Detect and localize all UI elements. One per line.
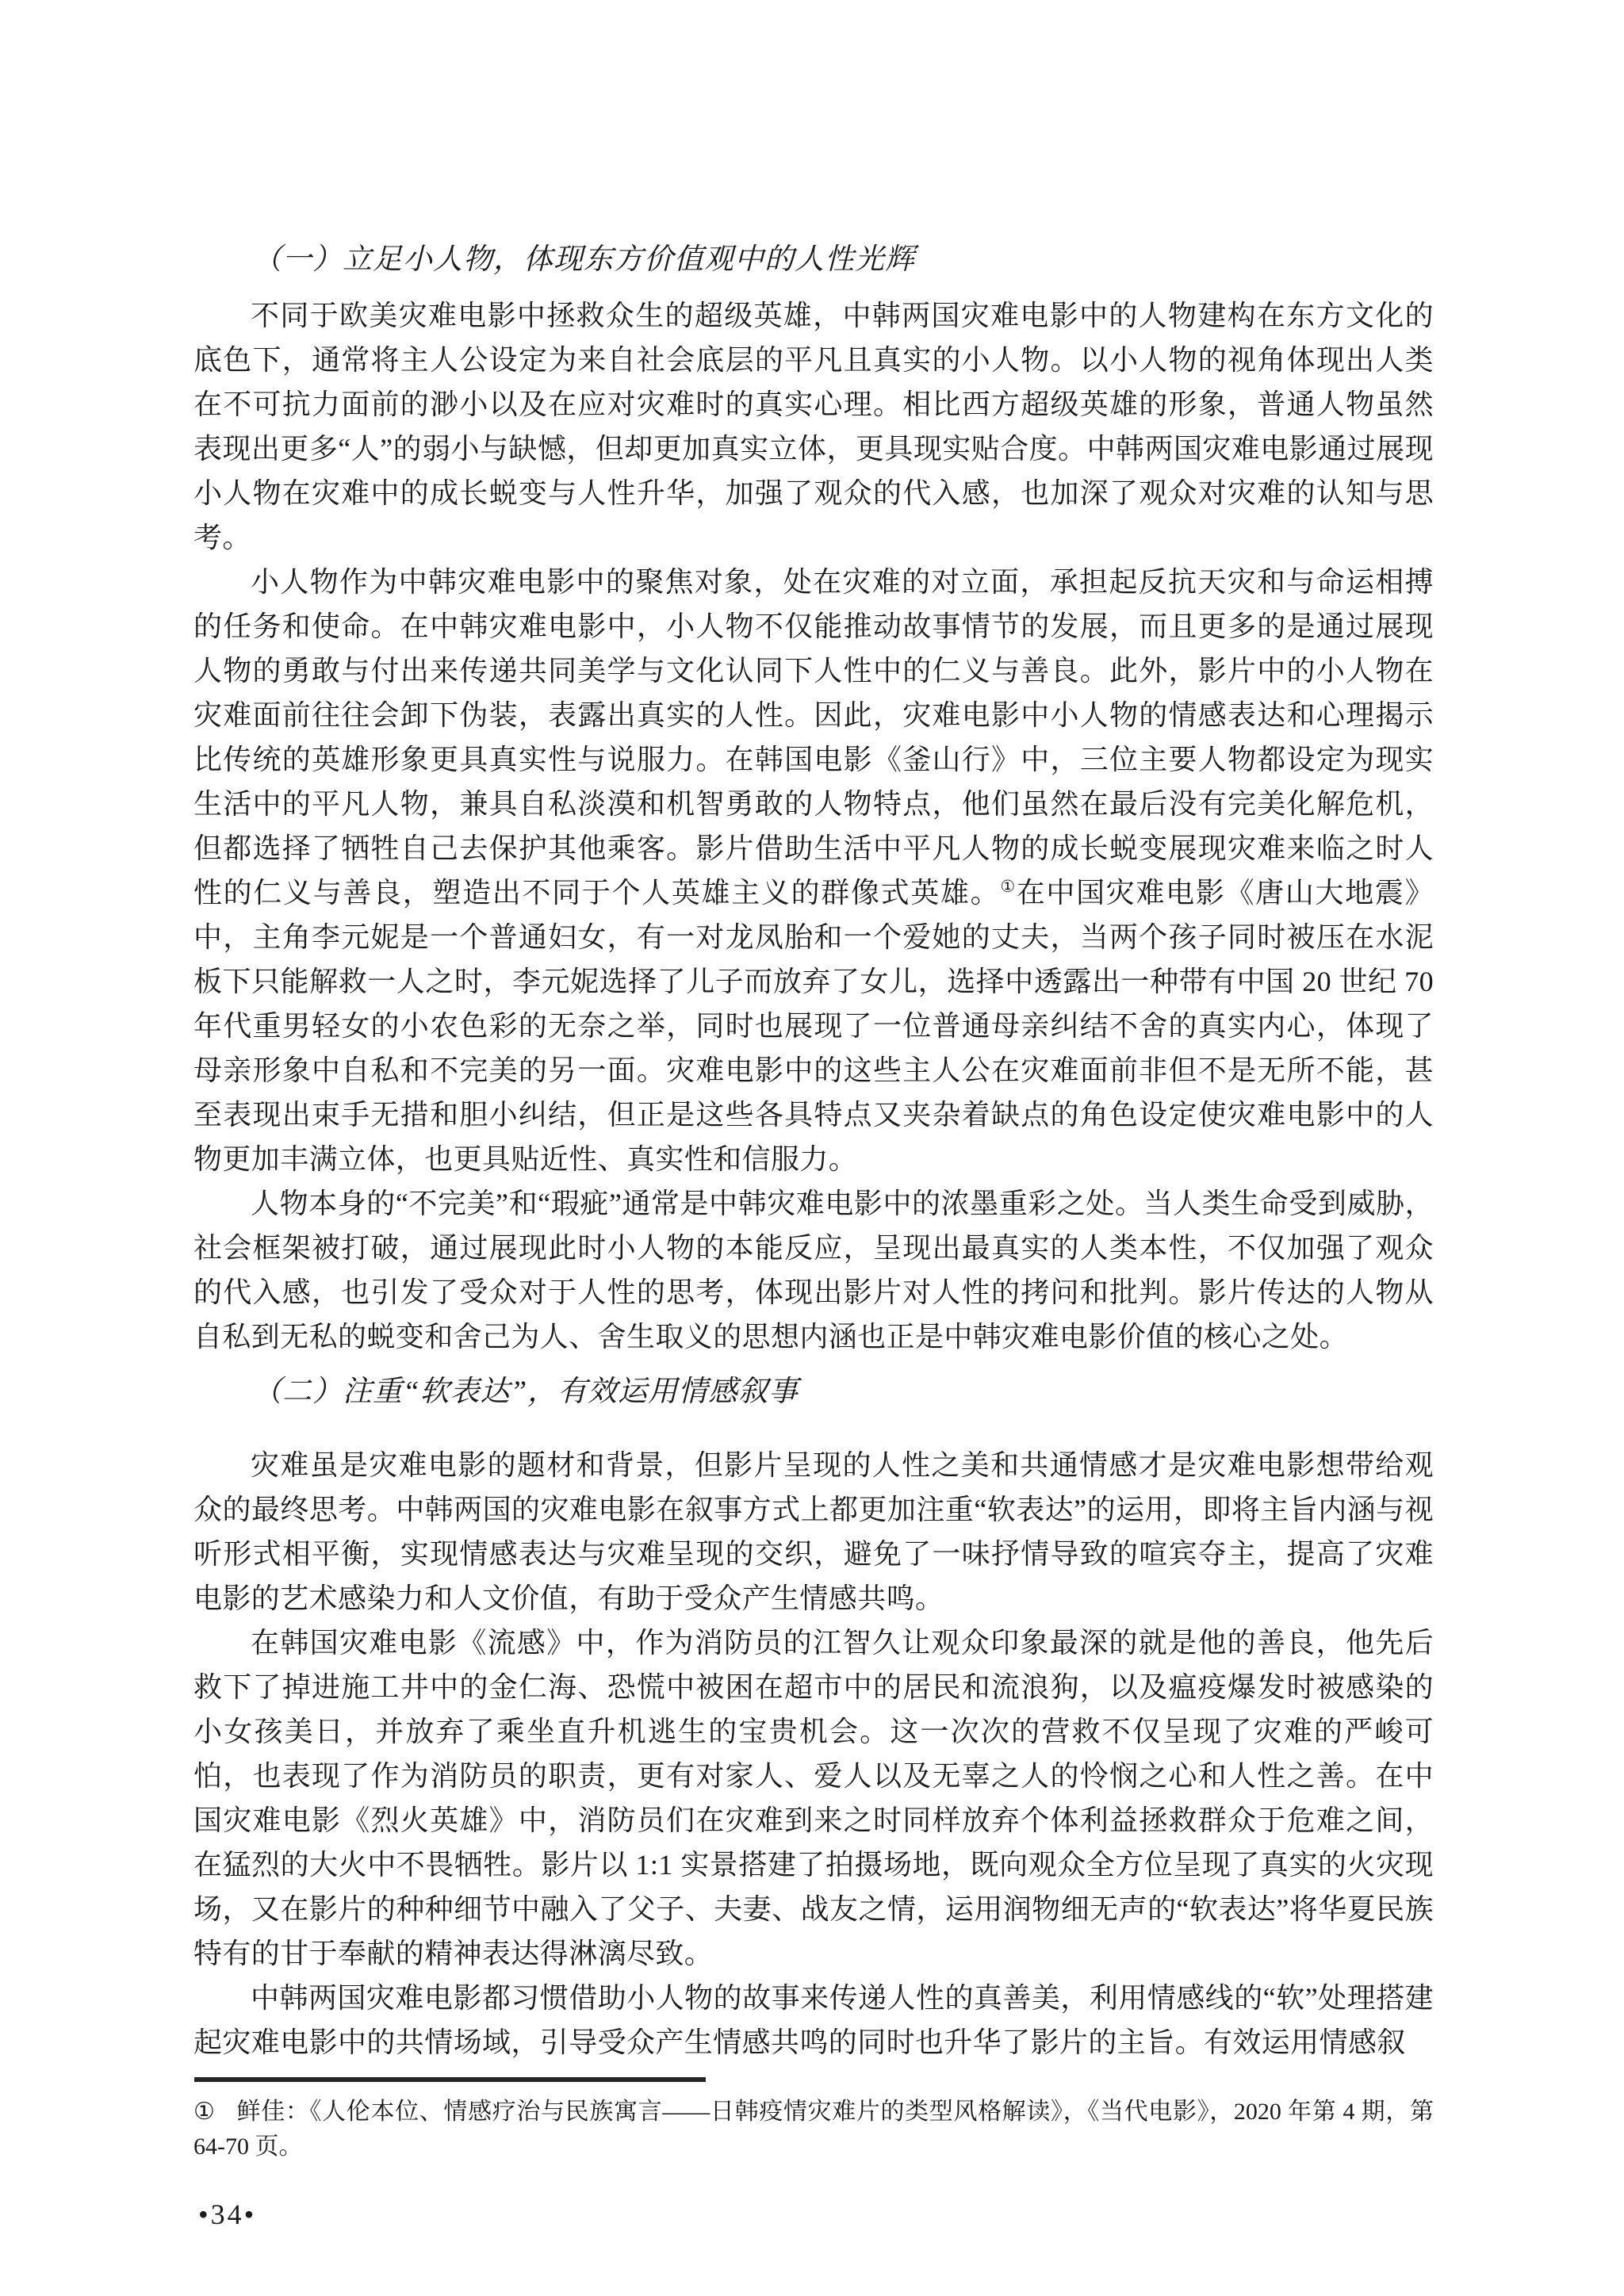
paragraph-6: 中韩两国灾难电影都习惯借助小人物的故事来传递人性的真善美，利用情感线的“软”处理… bbox=[193, 1976, 1434, 2064]
page-number: •34• bbox=[198, 2198, 256, 2231]
footnote-separator-rule bbox=[194, 2077, 706, 2082]
paragraph-3: 人物本身的“不完美”和“瑕疵”通常是中韩灾难电影中的浓墨重彩之处。当人类生命受到… bbox=[193, 1181, 1434, 1359]
footnote-block: ①鲜佳：《人伦本位、情感疗治与民族寓言——日韩疫情灾难片的类型风格解读》，《当代… bbox=[193, 2077, 1434, 2164]
footnote-ref-marker: ① bbox=[1000, 877, 1016, 896]
footnote-marker: ① bbox=[193, 2099, 216, 2125]
section-1-heading: （一）立足小人物，体现东方价值观中的人性光辉 bbox=[193, 238, 1434, 282]
paragraph-2-text-after: 在中国灾难电影《唐山大地震》中，主角李元妮是一个普通妇女，有一对龙凤胎和一个爱她… bbox=[193, 877, 1434, 1175]
paragraph-4: 灾难虽是灾难电影的题材和背景，但影片呈现的人性之美和共通情感才是灾难电影想带给观… bbox=[193, 1443, 1434, 1621]
document-page: （一）立足小人物，体现东方价值观中的人性光辉 不同于欧美灾难电影中拯救众生的超级… bbox=[0, 0, 1624, 2296]
footnote-citation: 鲜佳：《人伦本位、情感疗治与民族寓言——日韩疫情灾难片的类型风格解读》，《当代电… bbox=[193, 2099, 1434, 2160]
paragraph-2-text-before: 小人物作为中韩灾难电影中的聚焦对象，处在灾难的对立面，承担起反抗天灾和与命运相搏… bbox=[193, 566, 1434, 909]
paragraph-2: 小人物作为中韩灾难电影中的聚焦对象，处在灾难的对立面，承担起反抗天灾和与命运相搏… bbox=[193, 560, 1434, 1181]
footnote-text: ①鲜佳：《人伦本位、情感疗治与民族寓言——日韩疫情灾难片的类型风格解读》，《当代… bbox=[193, 2095, 1434, 2164]
section-2-heading: （二）注重“软表达”，有效运用情感叙事 bbox=[193, 1370, 1434, 1414]
paragraph-5: 在韩国灾难电影《流感》中，作为消防员的江智久让观众印象最深的就是他的善良，他先后… bbox=[193, 1621, 1434, 1976]
paragraph-1: 不同于欧美灾难电影中拯救众生的超级英雄，中韩两国灾难电影中的人物建构在东方文化的… bbox=[193, 293, 1434, 560]
